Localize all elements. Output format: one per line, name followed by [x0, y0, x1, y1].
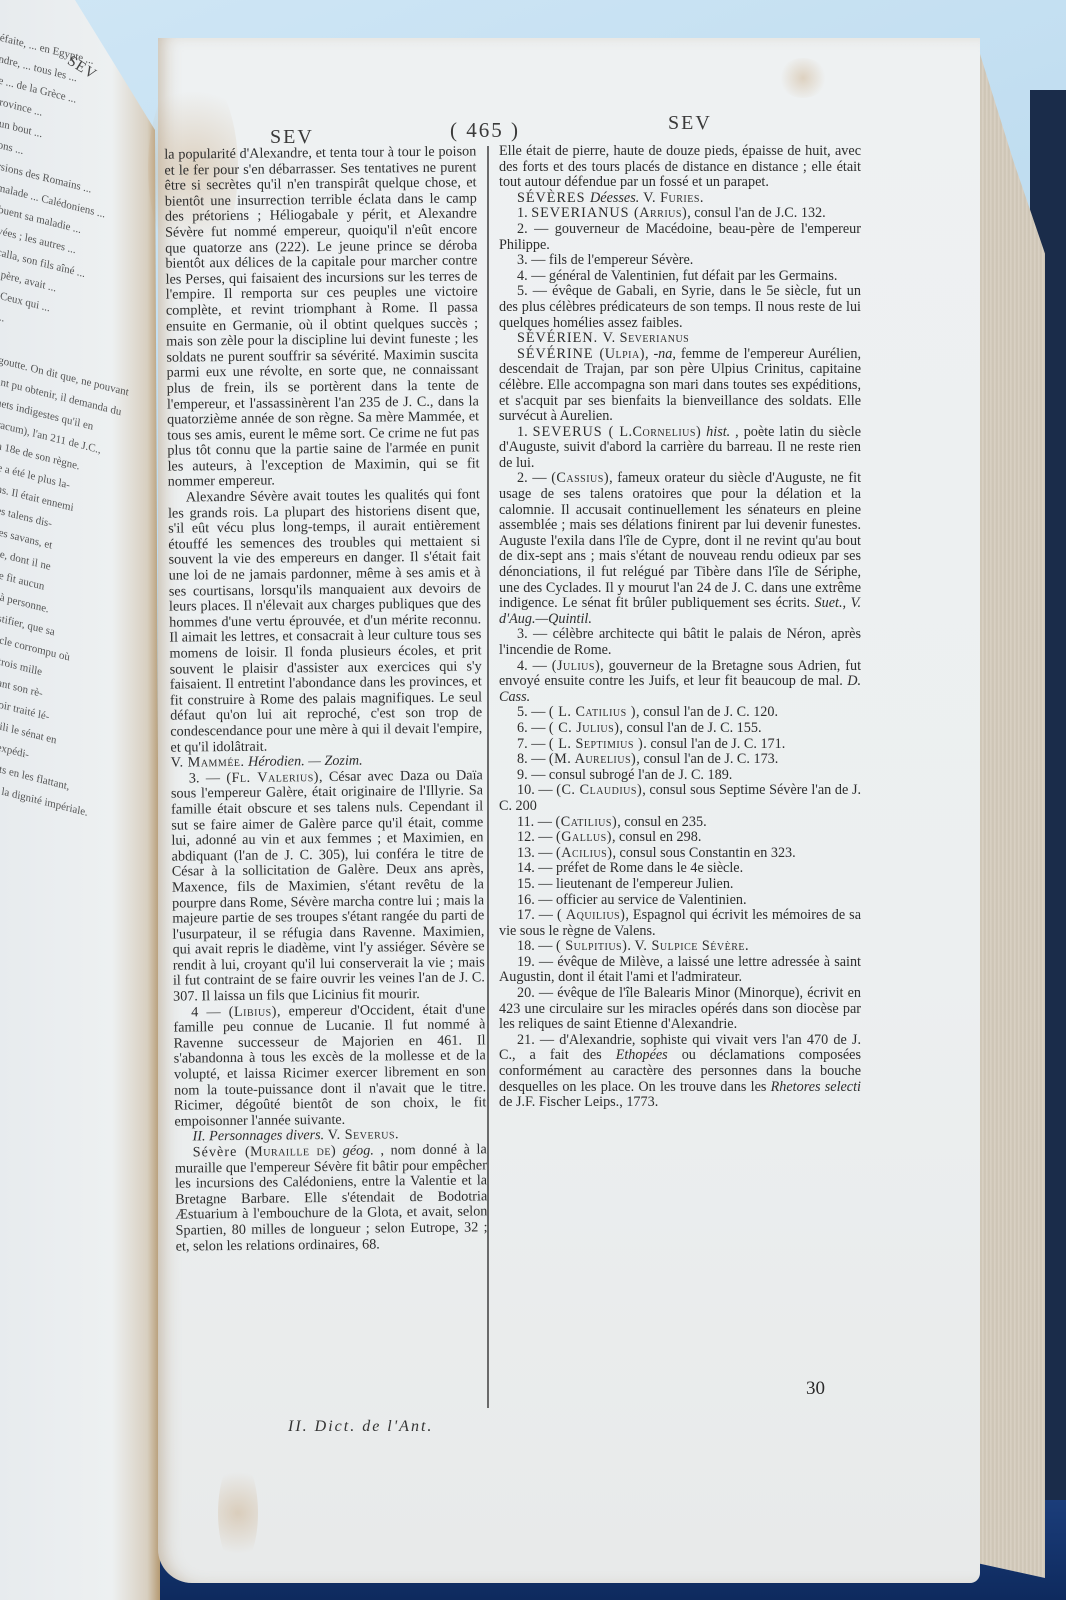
entry-name: ( L.Cornelius) [609, 424, 702, 440]
entry-text: , consul l'an de J.C. 132. [687, 205, 826, 221]
entry-name: (Muraille de) [245, 1143, 336, 1160]
page-465: SEV ( 465 ) SEV la popularité d'Alexandr… [158, 38, 980, 1583]
entry-text: , empereur d'Occident, était d'une famil… [173, 1001, 486, 1129]
foxing-stain [218, 1458, 258, 1568]
dictionary-entry: Alexandre Sévère avait toutes les qualit… [168, 487, 483, 755]
dictionary-entry: 4. — général de Valentinien, fut défait … [499, 269, 861, 285]
dictionary-entry: 12. — (Gallus), consul en 298. [499, 830, 861, 846]
entry-text: consul subrogé l'an de J. C. 189. [549, 767, 732, 783]
entry-text: évêque de Gabali, en Syrie, dans le 5e s… [499, 283, 861, 330]
entry-number: 6. — [517, 720, 549, 736]
entry-text: général de Valentinien, fut défait par l… [549, 268, 838, 284]
left-page-text: ...à la défaite, ... en Egypte ...d'Alex… [0, 20, 160, 817]
entry-name: (C. Claudius) [556, 782, 642, 798]
dictionary-entry: 13. — (Acilius), consul sous Constantin … [499, 846, 861, 862]
entry-text: préfet de Rome dans le 4e siècle. [556, 860, 743, 876]
page-number: ( 465 ) [450, 118, 520, 143]
signature-title: II. Dict. de l'Ant. [288, 1418, 433, 1436]
work-title: Rhetores selecti [771, 1079, 861, 1095]
entry-headword: SÉVÉRINE [517, 346, 600, 362]
entry-number: 1. [517, 424, 533, 440]
cross-reference: V. Mammée. [171, 754, 245, 771]
dictionary-entry: 14. — préfet de Rome dans le 4e siècle. [499, 861, 861, 877]
entry-number: 11. — [517, 814, 556, 830]
entry-text: de J.F. Fischer Leips., 1773. [499, 1094, 658, 1110]
entry-name: (Catilius) [556, 814, 618, 830]
dictionary-entry: 4. — (Julius), gouverneur de la Bretagne… [499, 659, 861, 706]
cross-reference: V. Severianus [603, 330, 690, 346]
entry-number: 19. — [517, 954, 557, 970]
entry-name: ( C. Julius) [549, 720, 620, 736]
dictionary-entry: 6. — ( C. Julius), consul l'an de J. C. … [499, 721, 861, 737]
entry-text: la popularité d'Alexandre, et tenta tour… [164, 143, 479, 490]
dictionary-entry: 9. — consul subrogé l'an de J. C. 189. [499, 768, 861, 784]
entry-number: 3. — [517, 252, 549, 268]
entry-number: 18. — [517, 938, 556, 954]
entry-name: (Ulpia) [600, 346, 645, 362]
dictionary-entry: 10. — (C. Claudius), consul sous Septime… [499, 783, 861, 814]
entry-number: 1. [517, 205, 531, 221]
dictionary-entry: 7. — ( L. Septimius ). consul l'an de J.… [499, 737, 861, 753]
work-title: Ethopées [602, 1047, 668, 1063]
entry-number: 3. — [517, 626, 553, 642]
cross-reference: V. Severus. [328, 1127, 400, 1144]
entry-text: fils de l'empereur Sévère. [549, 252, 693, 268]
entry-text: célèbre architecte qui bâtit le palais d… [499, 626, 861, 658]
entry-name: (Libius) [229, 1003, 277, 1020]
dictionary-entry: 2. — gouverneur de Macédoine, beau-père … [499, 222, 861, 253]
dictionary-entry: 11. — (Catilius), consul en 235. [499, 815, 861, 831]
entry-text: , consul l'an de J. C. 155. [619, 720, 761, 736]
dictionary-entry: Sévère (Muraille de) géog. , nom donné à… [175, 1142, 488, 1254]
entry-number: 4. — [517, 658, 552, 674]
dictionary-entry: 1. SEVERUS ( L.Cornelius) hist. , poète … [499, 425, 861, 472]
entry-text: Alexandre Sévère avait toutes les qualit… [168, 486, 482, 755]
dictionary-entry: 5. — évêque de Gabali, en Syrie, dans le… [499, 284, 861, 331]
entry-name: (Julius) [552, 658, 600, 674]
continued-text: Elle était de pierre, haute de douze pie… [499, 144, 861, 191]
dictionary-entry: 18. — ( Sulpitius). V. Sulpice Sévère. [499, 939, 861, 955]
cross-reference: V. Sulpice Sévère. [634, 938, 749, 954]
dictionary-entry: 4 — (Libius), empereur d'Occident, était… [173, 1002, 486, 1130]
entry-number: 4. — [517, 268, 549, 284]
entry-number: 2. — [517, 470, 551, 486]
left-page: SEV ...à la défaite, ... en Egypte ...d'… [0, 0, 160, 1600]
entry-text: , fameux orateur du siècle d'Auguste, ne… [499, 470, 861, 611]
entry-number: 16. — [517, 892, 556, 908]
entry-name: ( Sulpitius) [556, 938, 627, 954]
entry-number: 21. — [517, 1032, 559, 1048]
cross-reference: V. Furies. [639, 190, 704, 206]
entry-name: (Arrius) [634, 205, 687, 221]
dictionary-entry: 5. — ( L. Catilius ), consul l'an de J. … [499, 705, 861, 721]
entry-number: 3. — [189, 770, 227, 786]
entry-text: , consul sous Constantin en 323. [612, 845, 795, 861]
dictionary-entry: SÉVÉRIEN. V. Severianus [499, 331, 861, 347]
entry-number: 7. — [517, 736, 549, 752]
dictionary-entry: SÉVÈRES Déesses. V. Furies. [499, 191, 861, 207]
entry-number: 5. — [517, 283, 552, 299]
entry-label: géog. [336, 1143, 374, 1159]
entry-name: ( L. Catilius ) [549, 704, 636, 720]
entry-name: (Fl. Valerius) [226, 769, 319, 786]
dictionary-entry: 16. — officier au service de Valentinien… [499, 893, 861, 909]
dictionary-entry: 1. SEVERIANUS (Arrius), consul l'an de J… [499, 206, 861, 222]
entry-number: 17. — [517, 907, 557, 923]
dictionary-entry: 19. — évêque de Milève, a laissé une let… [499, 955, 861, 986]
entry-text: . consul l'an de J. C. 171. [643, 736, 785, 752]
entry-text: , consul en 235. [617, 814, 706, 830]
dictionary-entry: 3. — (Fl. Valerius), César avec Daza ou … [171, 768, 485, 1005]
entry-text: , César avec Daza ou Daïa sous l'empereu… [171, 767, 485, 1005]
entry-number: 2. — [517, 221, 555, 237]
right-column: Elle était de pierre, haute de douze pie… [489, 144, 861, 1111]
entry-text: officier au service de Valentinien. [556, 892, 747, 908]
entry-name: (M. Aurelius) [549, 751, 636, 767]
entry-name: ( Aquilius) [557, 907, 625, 923]
dictionary-entry: 3. — célèbre architecte qui bâtit le pal… [499, 627, 861, 658]
entry-name: (Gallus) [556, 829, 612, 845]
entry-number: 12. — [517, 829, 556, 845]
section-heading: II. Personnages divers. [192, 1127, 327, 1144]
entry-text: , consul en 298. [612, 829, 701, 845]
entry-headword: SÉVÈRES [517, 190, 590, 206]
entry-name: (Cassius) [551, 470, 609, 486]
entry-number: 5. — [517, 704, 549, 720]
dictionary-entry: 3. — fils de l'empereur Sévère. [499, 253, 861, 269]
entry-headword: SÉVÉRIEN. [517, 330, 603, 346]
entry-number: 20. — [517, 985, 557, 1001]
dictionary-entry: 8. — (M. Aurelius), consul l'an de J. C.… [499, 752, 861, 768]
entry-text: lieutenant de l'empereur Julien. [556, 876, 733, 892]
entry-number: 15. — [517, 876, 556, 892]
page-block-edges [975, 38, 1045, 1578]
entry-number: 10. — [517, 782, 556, 798]
dictionary-entry: 21. — d'Alexandrie, sophiste qui vivait … [499, 1033, 861, 1111]
entry-name: ( L. Septimius ) [549, 736, 643, 752]
entry-headword: Sévère [193, 1144, 245, 1161]
entry-number: 14. — [517, 860, 556, 876]
entry-number: 4 — [191, 1004, 229, 1020]
entry-number: 13. — [517, 845, 556, 861]
dictionary-entry: 15. — lieutenant de l'empereur Julien. [499, 877, 861, 893]
entry-suffix: , -na, [645, 346, 676, 362]
dictionary-entry: 2. — (Cassius), fameux orateur du siècle… [499, 471, 861, 627]
entry-number: 8. — [517, 751, 549, 767]
running-head-right: SEV [668, 112, 712, 135]
entry-label: Déesses. [590, 190, 639, 206]
entry-text: , consul l'an de J. C. 173. [636, 751, 778, 767]
entry-label: hist. [701, 424, 730, 440]
dictionary-entry: 20. — évêque de l'île Balearis Minor (Mi… [499, 986, 861, 1033]
entry-number: 9. — [517, 767, 549, 783]
signature-mark: 30 [806, 1378, 825, 1400]
dictionary-entry: SÉVÉRINE (Ulpia), -na, femme de l'empere… [499, 347, 861, 425]
entry-headword: SEVERIANUS [531, 205, 634, 221]
dictionary-entry: la popularité d'Alexandre, et tenta tour… [164, 144, 480, 490]
entry-name: (Acilius) [556, 845, 612, 861]
dictionary-entry: 17. — ( Aquilius), Espagnol qui écrivit … [499, 908, 861, 939]
entry-text: , consul l'an de J. C. 120. [636, 704, 778, 720]
citation: Hérodien. — Zozim. [244, 753, 362, 770]
left-column: la popularité d'Alexandre, et tenta tour… [164, 144, 488, 1254]
entry-headword: SEVERUS [533, 424, 609, 440]
foxing-stain [778, 58, 828, 98]
